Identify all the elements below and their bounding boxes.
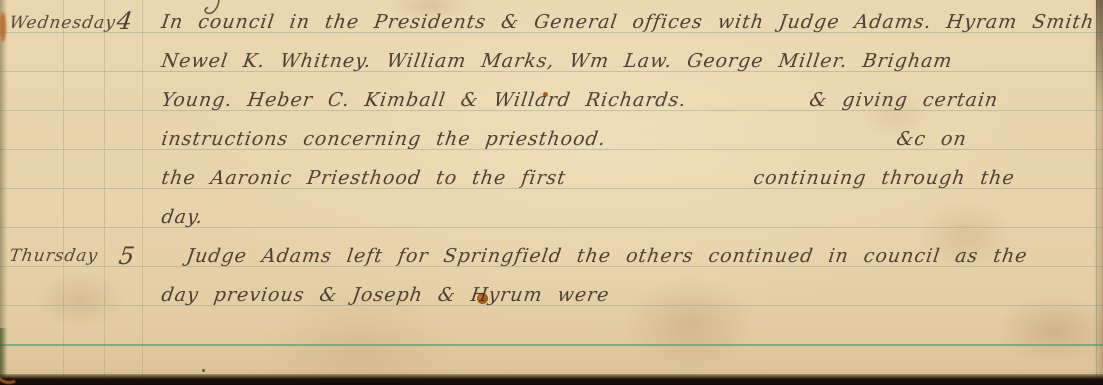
ruled-line	[0, 372, 1103, 373]
margin-line	[142, 0, 143, 377]
entry-line: Young. Heber C. Kimball & Willard Richar…	[160, 89, 688, 111]
entry-line: In council in the Presidents & General o…	[160, 11, 1096, 33]
entry-line: instructions concerning the priesthood.	[160, 128, 607, 150]
ink-speck	[202, 369, 205, 372]
margin-line	[63, 0, 64, 377]
entry-line: Judge Adams left for Springfield the oth…	[185, 245, 1029, 267]
entry-line: day.	[160, 206, 205, 228]
journal-page: Wednesday 4 In council in the Presidents…	[0, 0, 1103, 385]
entry-line-right: & giving certain	[808, 89, 1000, 111]
entry-line: day previous & Joseph & Hyrum were	[160, 284, 611, 306]
entry-date-number: 4	[115, 7, 134, 35]
entry-day-label: Thursday	[8, 246, 100, 266]
page-edge-bottom	[0, 374, 1103, 385]
entry-day-label: Wednesday	[8, 13, 117, 33]
entry-line: the Aaronic Priesthood to the first	[160, 167, 568, 189]
edge-stain	[0, 12, 6, 42]
entry-line-right: continuing through the	[752, 167, 1016, 189]
margin-line	[104, 0, 105, 377]
ruled-line	[0, 344, 1103, 346]
entry-line-right: &c on	[895, 128, 968, 150]
page-edge-right-shadow	[1096, 0, 1103, 110]
entry-line: Newel K. Whitney. William Marks, Wm Law.…	[160, 50, 954, 72]
